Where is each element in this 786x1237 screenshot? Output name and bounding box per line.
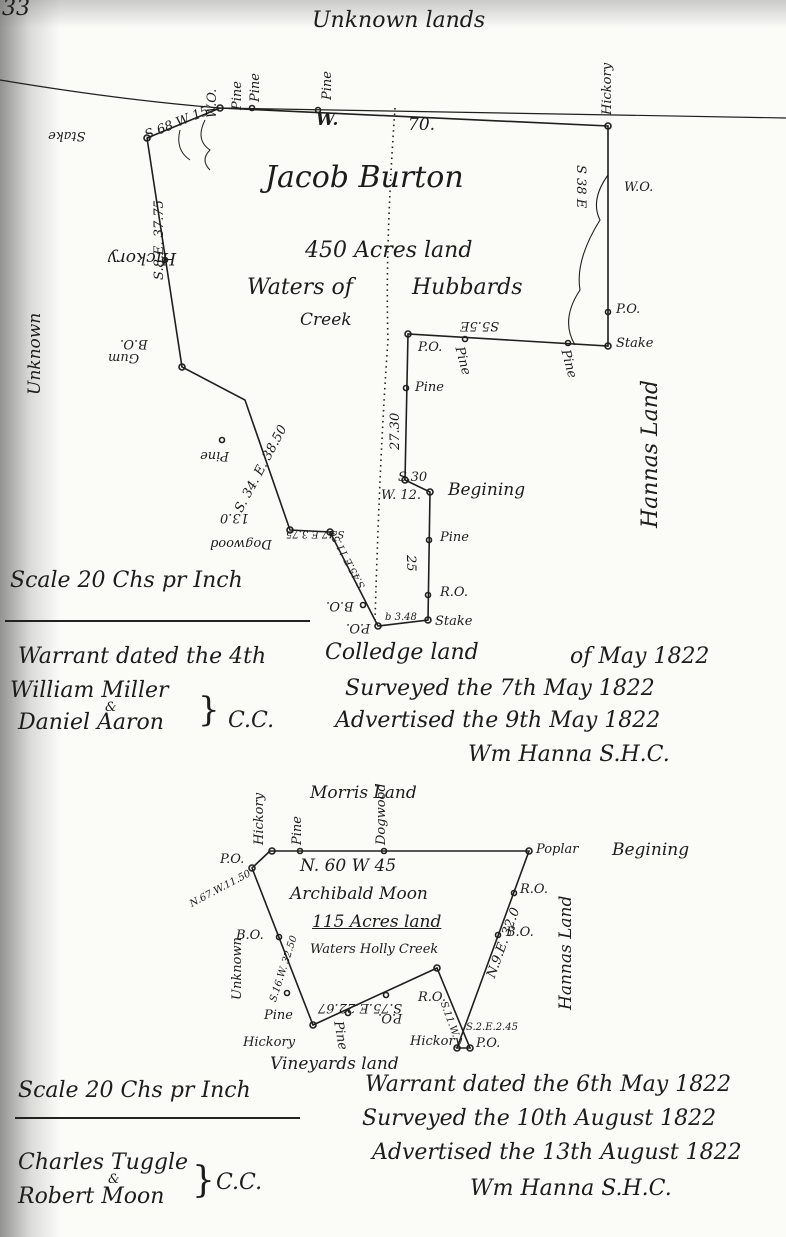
survey-2-waters: Waters Holly Creek	[310, 942, 438, 957]
s2-corner-pine-sw: Pine	[264, 1008, 293, 1023]
adjoining-north-label: Unknown lands	[312, 8, 485, 33]
divider-rule-1	[5, 620, 310, 622]
survey-1-scale: Scale 20 Chs pr Inch	[10, 568, 243, 593]
survey-2-chain-carrier-1: Charles Tuggle	[18, 1150, 188, 1175]
corner-po-mid: P.O.	[418, 340, 442, 355]
survey-2-surveyed: Surveyed the 10th August 1822	[362, 1106, 716, 1131]
survey-2-adjoining-north: Morris Land	[310, 783, 417, 803]
s2-corner-hickory-sw: Hickory	[243, 1035, 295, 1050]
corner-pine-1: Pine	[230, 81, 245, 110]
corner-hickory-ne: Hickory	[600, 63, 615, 115]
corner-pine-south: Pine	[440, 530, 469, 545]
call-inner-s2: S.30	[398, 470, 427, 485]
survey-2-owner: Archibald Moon	[290, 884, 428, 904]
corner-ro-south: R.O.	[440, 585, 468, 600]
adjoining-south-label: Colledge land	[325, 640, 479, 665]
call-west-line-1: S.8.E. 37.75	[152, 200, 167, 280]
s2-corner-begining: Begining	[612, 840, 689, 860]
survey-1-owner: Jacob Burton	[265, 160, 464, 195]
brace-1: }	[198, 690, 220, 730]
page-number: 33	[2, 0, 30, 21]
s2-corner-po-nw: P.O.	[220, 852, 244, 867]
survey-1-cc-label: C.C.	[228, 708, 274, 733]
s2-corner-hickory-nw: Hickory	[252, 793, 267, 845]
s2-corner-po-s: P.O.	[378, 1010, 402, 1025]
call-inner-north: S5.5E	[460, 318, 499, 333]
s2-corner-pine-n: Pine	[290, 816, 305, 845]
survey-1-warrant-date: of May 1822	[570, 644, 709, 669]
call-west-line-3: 13.0	[220, 510, 249, 525]
survey-2-surveyor: Wm Hanna S.H.C.	[470, 1176, 672, 1201]
corner-wo-east: W.O.	[624, 180, 653, 195]
survey-1-chain-carrier-2: Daniel Aaron	[18, 710, 164, 735]
survey-1-surveyor: Wm Hanna S.H.C.	[468, 742, 670, 767]
survey-2-adjoining-south: Vineyards land	[270, 1054, 399, 1074]
s2-call-se-small: S.2.E.2.45	[466, 1022, 518, 1033]
corner-dogwood: Dogwood	[210, 536, 272, 551]
call-east-line: S 38 E	[573, 165, 588, 208]
corner-stake-nw: Stake	[48, 128, 85, 143]
w-marker: W.	[316, 110, 338, 130]
s2-corner-bo-west: B.O.	[236, 928, 264, 943]
s2-corner-hickory-s: Hickory	[410, 1034, 462, 1049]
survey-1-warrant: Warrant dated the 4th	[18, 644, 266, 669]
survey-2-chain-carrier-2: Robert Moon	[18, 1184, 164, 1209]
corner-bo-west: B.O.	[120, 336, 148, 351]
adjoining-southeast-label: Hannas Land	[638, 380, 663, 528]
call-north-line: 70.	[408, 115, 435, 135]
corner-bo-sw: B.O.	[326, 598, 354, 613]
s2-corner-poplar: Poplar	[536, 842, 579, 857]
survey-1-chain-carrier-1: William Miller	[10, 678, 169, 703]
corner-po-lower: P.O.	[346, 620, 370, 635]
call-south-line: 25	[403, 555, 418, 572]
corner-pine-2: Pine	[248, 73, 263, 102]
s2-corner-po-se: P.O.	[476, 1036, 500, 1051]
survey-1-surveyed: Surveyed the 7th May 1822	[345, 676, 655, 701]
survey-2-advertised: Advertised the 13th August 1822	[372, 1140, 742, 1165]
survey-1-waters-1: Waters of	[247, 275, 353, 300]
corner-pine-3: Pine	[320, 71, 335, 100]
call-inner-west: 27.30	[388, 413, 403, 450]
s2-call-north-line: N. 60 W 45	[300, 856, 396, 876]
survey-1-waters-2: Hubbards	[412, 275, 523, 300]
survey-2-adjoining-east: Hannas Land	[556, 896, 576, 1010]
adjoining-boundary-line	[0, 80, 786, 118]
corner-stake-south: Stake	[435, 614, 472, 629]
survey-1-advertised: Advertised the 9th May 1822	[335, 708, 660, 733]
survey-1-waters-3: Creek	[300, 310, 352, 330]
corner-pine-inner: Pine	[415, 380, 444, 395]
survey-2-adjoining-west: Unknown	[230, 937, 245, 1000]
survey-2-warrant: Warrant dated the 6th May 1822	[365, 1072, 731, 1097]
corner-gum: Gum	[108, 350, 139, 365]
survey-2-scale: Scale 20 Chs pr Inch	[18, 1078, 251, 1103]
adjoining-west-label: Unknown	[25, 313, 45, 395]
call-b-line: b 3.48	[385, 612, 417, 623]
corner-po-east: P.O.	[616, 302, 640, 317]
corner-pine-sw: Pine	[200, 448, 229, 463]
corner-stake-east: Stake	[616, 336, 653, 351]
survey-2-cc-label: C.C.	[216, 1170, 262, 1195]
corner-begining: Begining	[448, 480, 525, 500]
survey-2-acreage: 115 Acres land	[312, 912, 441, 932]
divider-rule-2	[15, 1117, 300, 1119]
call-inner-south: W. 12.	[381, 488, 421, 503]
brace-2: }	[192, 1160, 215, 1201]
s2-corner-ro-east: R.O.	[520, 882, 548, 897]
survey-1-acreage: 450 Acres land	[305, 238, 472, 263]
s2-corner-dogwood-n: Dogwood	[374, 783, 389, 845]
